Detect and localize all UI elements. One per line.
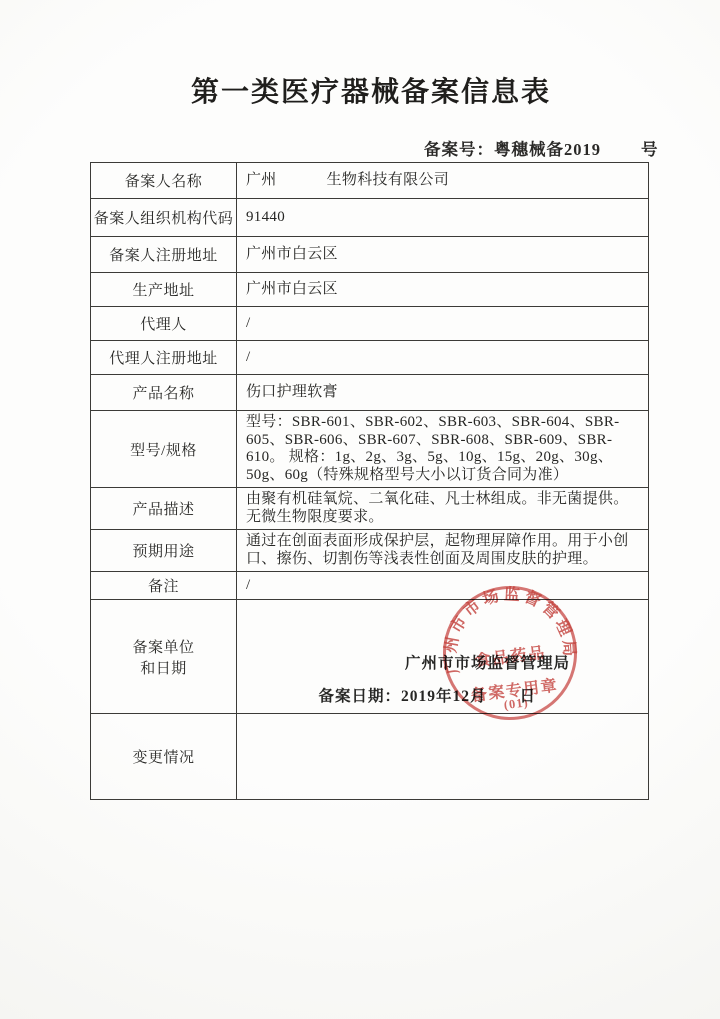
table-row: 产品描述 由聚有机硅氧烷、二氧化硅、凡士林组成。非无菌提供。无微生物限度要求。	[91, 488, 649, 530]
official-red-stamp: 广州市市场监督管理局 食品药品 备案专用章 (01)	[435, 578, 584, 727]
row-label: 备案人注册地址	[91, 237, 237, 273]
row-value: 91440	[237, 199, 649, 237]
table-row: 预期用途 通过在创面表面形成保护层，起物理屏障作用。用于小创口、擦伤、切割伤等浅…	[91, 530, 649, 572]
table-row: 代理人 /	[91, 307, 649, 341]
row-label: 变更情况	[91, 714, 237, 800]
table-row: 生产地址 广州市白云区	[91, 273, 649, 307]
row-value: 由聚有机硅氧烷、二氧化硅、凡士林组成。非无菌提供。无微生物限度要求。	[237, 488, 649, 530]
table-row: 备案人名称 广州生物科技有限公司	[91, 163, 649, 199]
row-value: 广州市白云区	[237, 237, 649, 273]
table-row: 产品名称 伤口护理软膏	[91, 375, 649, 411]
row-value: /	[237, 307, 649, 341]
row-label: 型号/规格	[91, 411, 237, 488]
row-value: 伤口护理软膏	[237, 375, 649, 411]
table-row: 型号/规格 型号：SBR-601、SBR-602、SBR-603、SBR-604…	[91, 411, 649, 488]
row-label: 备注	[91, 572, 237, 600]
filing-number-suffix: 号	[641, 140, 659, 159]
row-label: 备案人名称	[91, 163, 237, 199]
company-name-prefix: 广州	[246, 172, 277, 188]
row-value: 型号：SBR-601、SBR-602、SBR-603、SBR-604、SBR-6…	[237, 411, 649, 488]
row-label: 备案单位 和日期	[91, 600, 237, 714]
row-label: 产品名称	[91, 375, 237, 411]
row-value: 广州市白云区	[237, 273, 649, 307]
row-label: 产品描述	[91, 488, 237, 530]
row-value: /	[237, 341, 649, 375]
filing-number-label: 备案号：	[424, 140, 494, 159]
filing-number-line: 备案号：粤穗械备2019号	[424, 136, 659, 160]
table-row: 变更情况	[91, 714, 649, 800]
table-row: 备案人组织机构代码 91440	[91, 199, 649, 237]
table-row: 代理人注册地址 /	[91, 341, 649, 375]
row-value: 通过在创面表面形成保护层，起物理屏障作用。用于小创口、擦伤、切割伤等浅表性创面及…	[237, 530, 649, 572]
row-value	[237, 714, 649, 800]
scanned-document-page: 第一类医疗器械备案信息表 备案号：粤穗械备2019号 备案人名称 广州生物科技有…	[0, 0, 720, 1019]
document-title: 第一类医疗器械备案信息表	[0, 70, 720, 110]
company-name-main: 生物科技有限公司	[327, 172, 449, 188]
row-label: 代理人注册地址	[91, 341, 237, 375]
row-value: 广州生物科技有限公司	[237, 163, 649, 199]
row-label: 预期用途	[91, 530, 237, 572]
row-label: 生产地址	[91, 273, 237, 307]
row-label: 代理人	[91, 307, 237, 341]
table-row: 备案人注册地址 广州市白云区	[91, 237, 649, 273]
row-label: 备案人组织机构代码	[91, 199, 237, 237]
filing-number-value: 粤穗械备2019	[494, 140, 601, 159]
